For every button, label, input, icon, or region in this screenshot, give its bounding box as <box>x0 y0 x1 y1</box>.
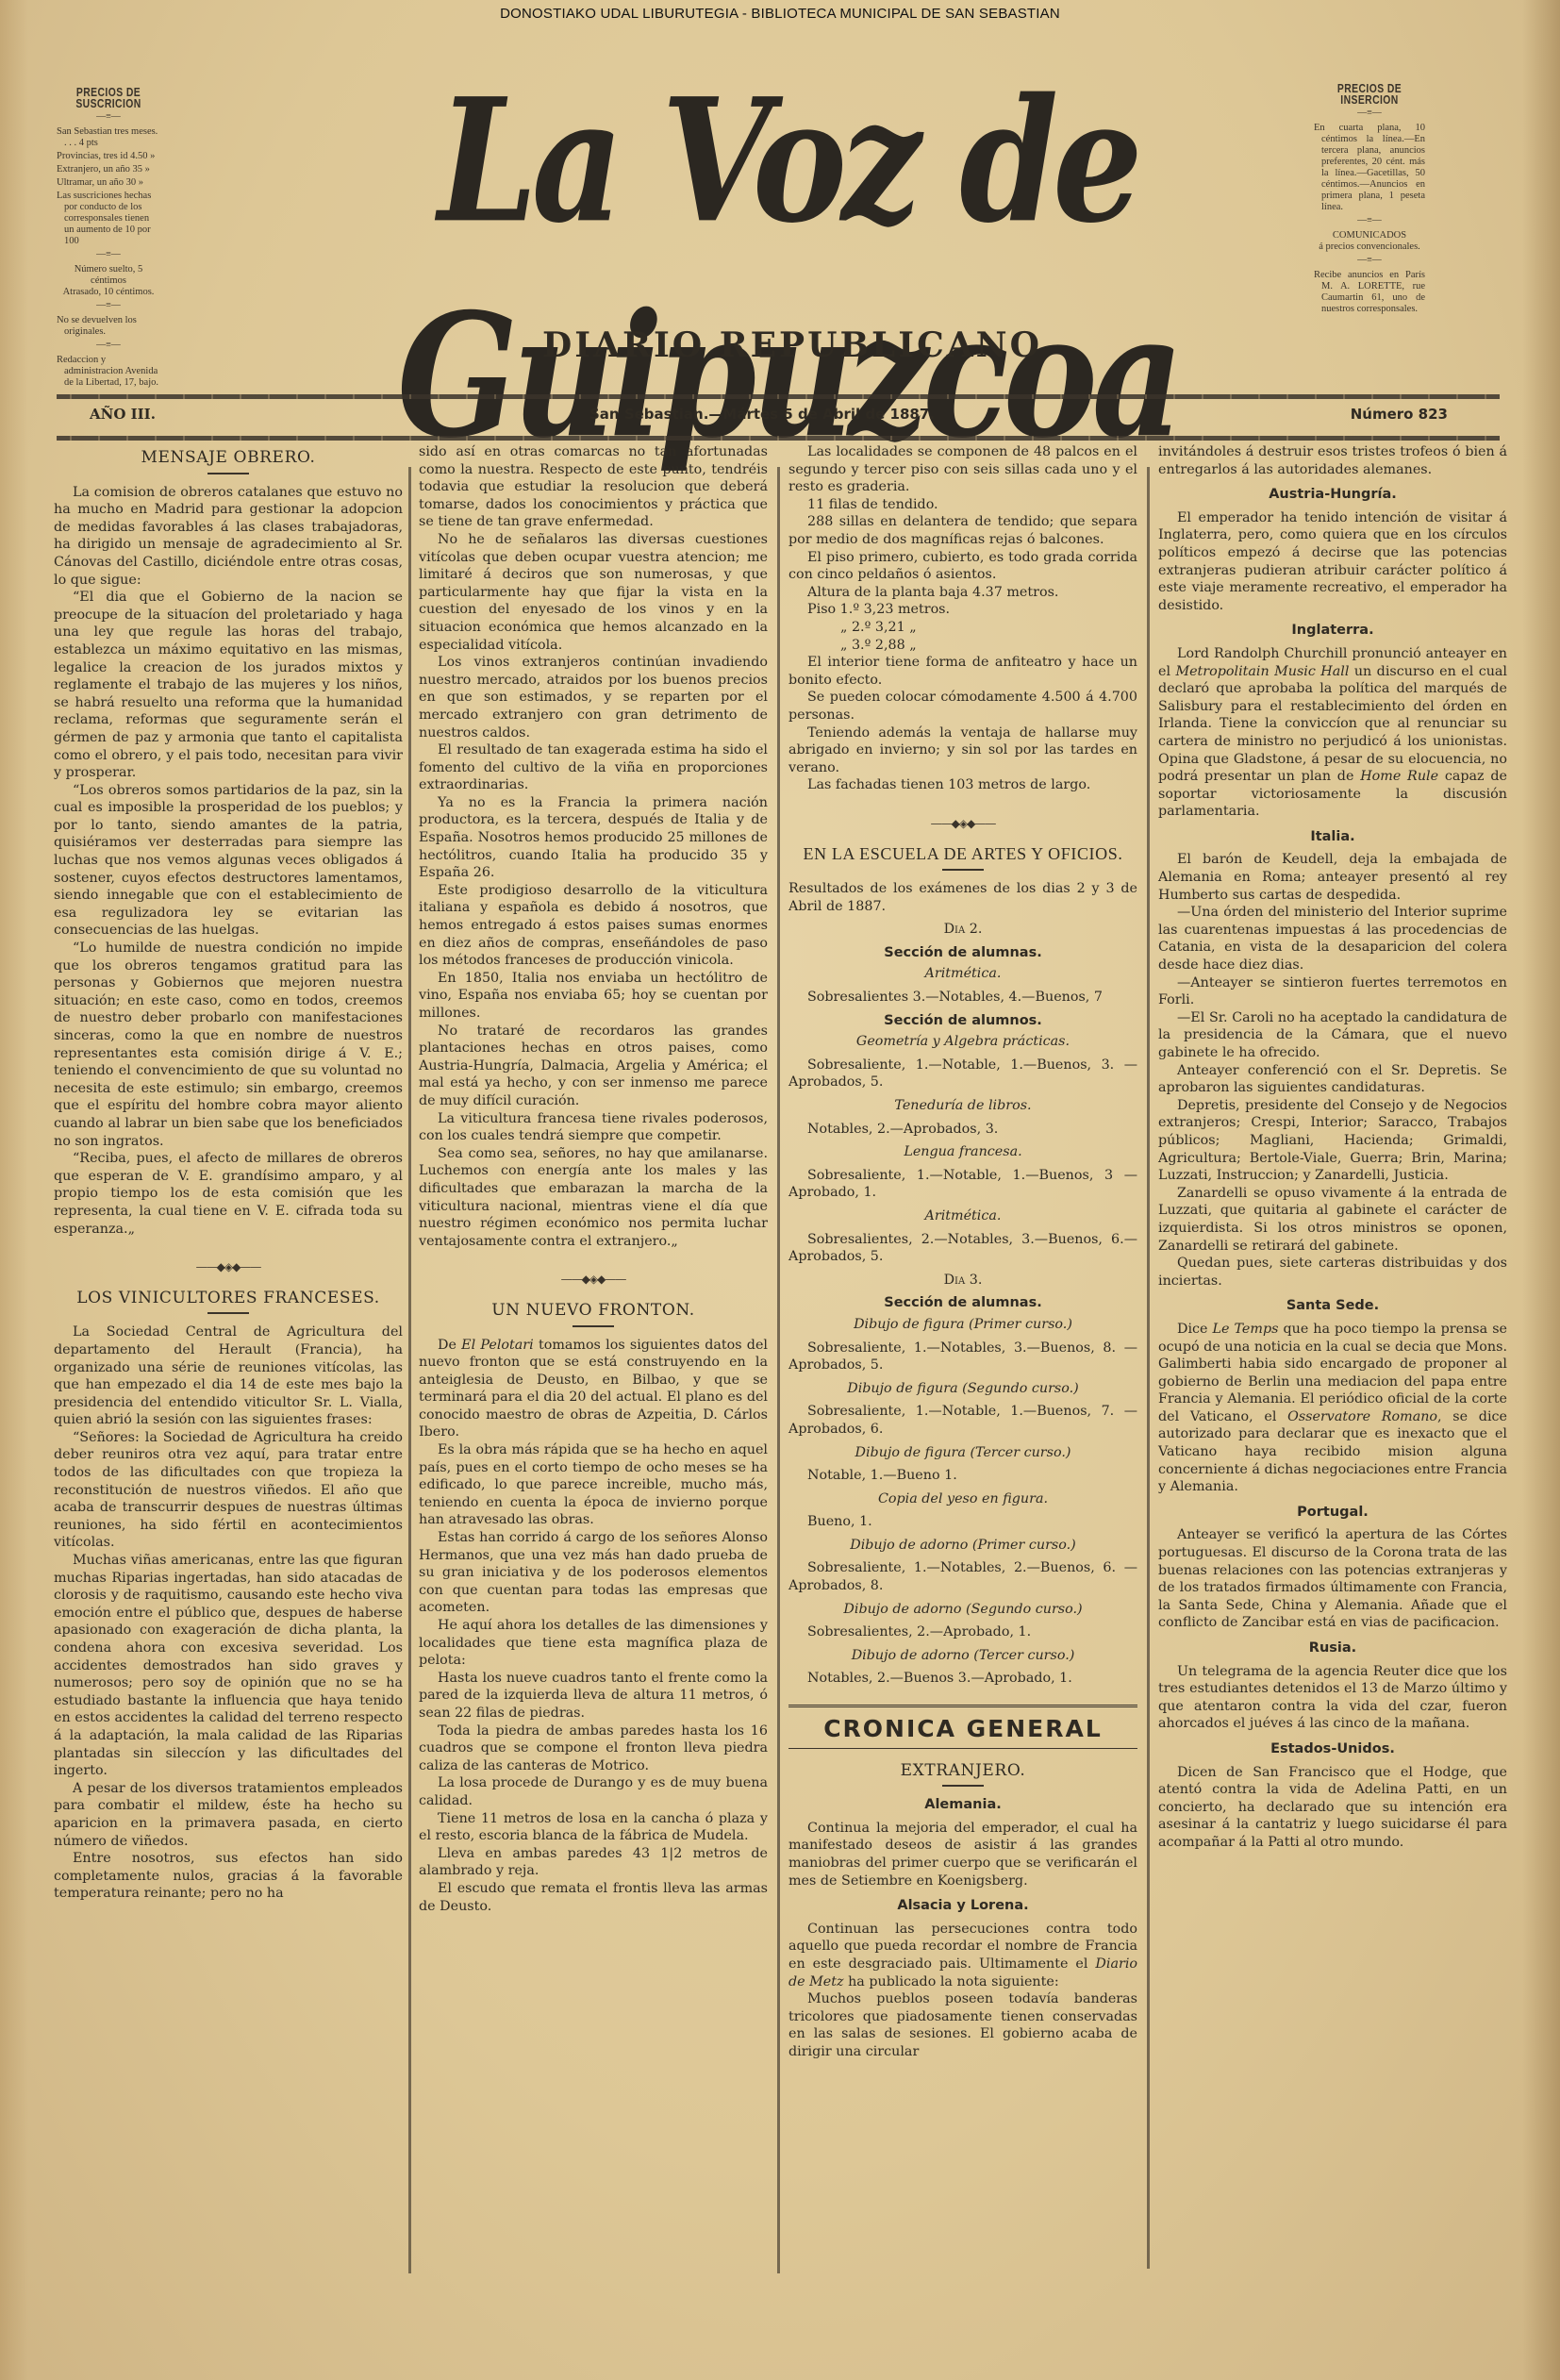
text: un discurso en el cual declaró que aprob… <box>1158 664 1507 785</box>
paragraph: Quedan pues, siete carteras distribuidas… <box>1158 1255 1507 1290</box>
paragraph: Tiene 11 metros de losa en la cancha ó p… <box>419 1810 768 1845</box>
single-issue-price: Número suelto, 5 céntimos <box>57 264 160 287</box>
year-label: AÑO III. <box>90 406 156 423</box>
text: De <box>438 1338 461 1353</box>
paragraph: Anteayer conferenció con el Sr. Depretis… <box>1158 1062 1507 1097</box>
paragraph: La Sociedad Central de Agricultura del d… <box>54 1323 403 1429</box>
paragraph: Se pueden colocar cómodamente 4.500 á 4.… <box>788 689 1137 724</box>
paragraph: Anteayer se verificó la apertura de las … <box>1158 1526 1507 1632</box>
paragraph: Las localidades se componen de 48 palcos… <box>788 443 1137 496</box>
paragraph: Es la obra más rápida que se ha hecho en… <box>419 1441 768 1529</box>
column-rule <box>777 467 780 2273</box>
source-publication: Le Temps <box>1213 1322 1279 1337</box>
paragraph: Las fachadas tienen 103 metros de largo. <box>788 776 1137 794</box>
ornament-divider: ——◆◈◆—— <box>788 815 1137 833</box>
paragraph: Estas han corrido á cargo de los señores… <box>419 1529 768 1617</box>
paragraph: “Reciba, pues, el afecto de millares de … <box>54 1150 403 1238</box>
ornament-divider: ——◆◈◆—— <box>419 1271 768 1289</box>
paragraph: Teniendo además la ventaja de hallarse m… <box>788 724 1137 777</box>
subscription-prices-box: PRECIOS DE SUSCRICION —≡— San Sebastian … <box>57 87 160 391</box>
floor-height: „ 2.º 3,21 „ <box>788 619 1137 637</box>
paragraph: Dice Le Temps que ha poco tiempo la pren… <box>1158 1321 1507 1496</box>
subject: Dibujo de figura (Tercer curso.) <box>788 1444 1137 1462</box>
ornament: —≡— <box>57 300 160 311</box>
paragraph: Dicen de San Francisco que el Hodge, que… <box>1158 1764 1507 1852</box>
paragraph: —Una órden del ministerio del Interior s… <box>1158 904 1507 974</box>
library-banner: DONOSTIAKO UDAL LIBURUTEGIA - BIBLIOTECA… <box>0 6 1560 22</box>
paper-edge-right <box>1522 0 1560 2380</box>
intro: Resultados de los exámenes de los dias 2… <box>788 880 1137 915</box>
exam-result: Bueno, 1. <box>788 1513 1137 1531</box>
insertion-prices-box: PRECIOS DE INSERCION —≡— En cuarta plana… <box>1314 83 1425 317</box>
comunicados-text: á precios convencionales. <box>1314 241 1425 253</box>
paragraph: En 1850, Italia nos enviaba un hectólitr… <box>419 970 768 1023</box>
article-title: EN LA ESCUELA DE ARTES Y OFICIOS. <box>788 845 1137 863</box>
paragraph: —Anteayer se sintieron fuertes terremoto… <box>1158 974 1507 1009</box>
country-heading: Portugal. <box>1158 1504 1507 1522</box>
paragraph: Muchas viñas americanas, entre las que f… <box>54 1552 403 1780</box>
originals-notice: No se devuelven los originales. <box>57 315 160 338</box>
ornament: —≡— <box>1314 108 1425 119</box>
country-heading: Italia. <box>1158 828 1507 846</box>
exam-result: Notable, 1.—Bueno 1. <box>788 1467 1137 1485</box>
country-heading: Alsacia y Lorena. <box>788 1897 1137 1915</box>
article-title: UN NUEVO FRONTON. <box>419 1302 768 1320</box>
dateline: AÑO III. San Sebastian.—Mártes 5 de Abri… <box>57 404 1500 426</box>
masthead-rule-bottom <box>57 436 1500 441</box>
title-rule <box>942 1785 984 1787</box>
country-heading: Santa Sede. <box>1158 1297 1507 1315</box>
section-heading: Sección de alumnas. <box>788 1294 1137 1312</box>
paragraph: Continuan las persecuciones contra todo … <box>788 1921 1137 1990</box>
paragraph: El emperador ha tenido intención de visi… <box>1158 509 1507 615</box>
paragraph: “Los obreros somos partidarios de la paz… <box>54 782 403 940</box>
subsection-title: EXTRANJERO. <box>788 1762 1137 1780</box>
office-address: Redaccion y administracion Avenida de la… <box>57 355 160 389</box>
paragraph: Entre nosotros, sus efectos han sido com… <box>54 1850 403 1903</box>
paragraph: La losa procede de Durango y es de muy b… <box>419 1774 768 1809</box>
venue-name: Metropolitain Music Hall <box>1175 664 1349 679</box>
subject: Dibujo de adorno (Tercer curso.) <box>788 1647 1137 1665</box>
ornament: —≡— <box>1314 255 1425 266</box>
article-vinicultores: LOS VINICULTORES FRANCESES. La Sociedad … <box>54 1290 403 1903</box>
subject: Teneduría de libros. <box>788 1097 1137 1115</box>
paragraph: El piso primero, cubierto, es todo grada… <box>788 549 1137 584</box>
plan-name: Home Rule <box>1360 769 1438 784</box>
text: Continuan las persecuciones contra todo … <box>788 1922 1137 1972</box>
paragraph: Zanardelli se opuso vivamente á la entra… <box>1158 1185 1507 1255</box>
subscription-title: PRECIOS DE SUSCRICION <box>67 87 150 109</box>
paragraph: A pesar de los diversos tratamientos emp… <box>54 1780 403 1850</box>
comunicados-title: COMUNICADOS <box>1314 230 1425 241</box>
paragraph: La viticultura francesa tiene rivales po… <box>419 1110 768 1145</box>
paragraph: Depretis, presidente del Consejo y de Ne… <box>1158 1097 1507 1185</box>
paragraph: Hasta los nueve cuadros tanto el frente … <box>419 1670 768 1723</box>
day-heading: Dia 3. <box>788 1272 1137 1290</box>
paragraph: El resultado de tan exagerada estima ha … <box>419 741 768 794</box>
subject: Dibujo de adorno (Primer curso.) <box>788 1537 1137 1555</box>
subject: Lengua francesa. <box>788 1143 1137 1161</box>
title-rule <box>207 473 249 474</box>
subject: Dibujo de figura (Primer curso.) <box>788 1316 1137 1334</box>
paragraph: El barón de Keudell, deja la embajada de… <box>1158 851 1507 904</box>
country-heading: Alemania. <box>788 1796 1137 1814</box>
paragraph: Sea como sea, señores, no hay que amilan… <box>419 1145 768 1251</box>
paragraph: sido así en otras comarcas no tan afortu… <box>419 443 768 531</box>
section-title: CRONICA GENERAL <box>788 1705 1137 1739</box>
article-mensaje-obrero: MENSAJE OBRERO. La comision de obreros c… <box>54 449 403 1238</box>
paragraph: Ya no es la Francia la primera nación pr… <box>419 794 768 882</box>
paragraph: Lord Randolph Churchill pronunció anteay… <box>1158 645 1507 821</box>
exam-result: Sobresalientes 3.—Notables, 4.—Buenos, 7 <box>788 989 1137 1007</box>
paris-ads: Recibe anuncios en París M. A. LORETTE, … <box>1314 270 1425 315</box>
cronica-general: CRONICA GENERAL EXTRANJERO. Alemania. Co… <box>788 1705 1137 2061</box>
article-nuevo-fronton: UN NUEVO FRONTON. De El Pelotari tomamos… <box>419 1302 768 1915</box>
exam-result: Notables, 2.—Aprobados, 3. <box>788 1121 1137 1139</box>
column-1: MENSAJE OBRERO. La comision de obreros c… <box>54 443 403 1903</box>
exam-result: Notables, 2.—Buenos 3.—Aprobado, 1. <box>788 1670 1137 1688</box>
masthead-rule-top <box>57 394 1500 399</box>
paragraph: “El dia que el Gobierno de la nacion se … <box>54 589 403 782</box>
paragraph: Altura de la planta baja 4.37 metros. <box>788 584 1137 602</box>
issue-number: Número 823 <box>1351 406 1448 423</box>
paragraph: El escudo que remata el frontis lleva la… <box>419 1880 768 1915</box>
paragraph: De El Pelotari tomamos los siguientes da… <box>419 1337 768 1442</box>
ornament: —≡— <box>57 111 160 123</box>
subject: Dibujo de figura (Segundo curso.) <box>788 1380 1137 1398</box>
paragraph: “Lo humilde de nuestra condición no impi… <box>54 940 403 1150</box>
source-publication: Osservatore Romano <box>1287 1409 1437 1424</box>
column-rule <box>1147 467 1150 2269</box>
paragraph: 11 filas de tendido. <box>788 496 1137 514</box>
ornament-divider: ——◆◈◆—— <box>54 1258 403 1276</box>
exam-result: Sobresaliente, 1.—Notables, 2.—Buenos, 6… <box>788 1559 1137 1594</box>
title-rule <box>942 869 984 871</box>
paragraph: Lleva en ambas paredes 43 1|2 metros de … <box>419 1845 768 1880</box>
paragraph: He aquí ahora los detalles de las dimens… <box>419 1617 768 1670</box>
exam-result: Sobresaliente, 1.—Notable, 1.—Buenos, 3.… <box>788 1057 1137 1091</box>
exam-result: Sobresaliente, 1.—Notable, 1.—Buenos, 7.… <box>788 1403 1137 1438</box>
floor-height: „ 3.º 2,88 „ <box>788 637 1137 655</box>
article-title: MENSAJE OBRERO. <box>54 449 403 467</box>
column-4: invitándoles á destruir esos tristes tro… <box>1158 443 1507 1852</box>
paragraph: Continua la mejoria del emperador, el cu… <box>788 1820 1137 1889</box>
issue-date: San Sebastian.—Mártes 5 de Abril de 1887… <box>589 406 935 423</box>
article-title: LOS VINICULTORES FRANCESES. <box>54 1290 403 1307</box>
insertion-title: PRECIOS DE INSERCION <box>1325 83 1414 106</box>
text: ha publicado la nota siguiente: <box>844 1974 1059 1989</box>
title-rule <box>207 1312 249 1314</box>
section-heading: Sección de alumnas. <box>788 944 1137 962</box>
price-line: Las suscriciones hechas por conducto de … <box>57 191 160 247</box>
paragraph: No trataré de recordaros las grandes pla… <box>419 1023 768 1110</box>
day-heading: Dia 2. <box>788 921 1137 939</box>
paragraph: —El Sr. Caroli no ha aceptado la candida… <box>1158 1009 1507 1062</box>
paragraph: “Señores: la Sociedad de Agricultura ha … <box>54 1429 403 1552</box>
paper-edge-left <box>0 0 28 2380</box>
country-heading: Rusia. <box>1158 1639 1507 1657</box>
price-line: Extranjero, un año 35 » <box>57 164 160 175</box>
price-line: Ultramar, un año 30 » <box>57 177 160 189</box>
newspaper-page: DONOSTIAKO UDAL LIBURUTEGIA - BIBLIOTECA… <box>0 0 1560 2380</box>
column-2: sido así en otras comarcas no tan afortu… <box>419 443 768 1915</box>
price-line: Provincias, tres id 4.50 » <box>57 151 160 162</box>
paragraph: Un telegrama de la agencia Reuter dice q… <box>1158 1663 1507 1733</box>
paragraph: La comision de obreros catalanes que est… <box>54 484 403 590</box>
paragraph: El interior tiene forma de anfiteatro y … <box>788 654 1137 689</box>
paragraph: 288 sillas en delantera de tendido; que … <box>788 513 1137 548</box>
country-heading: Estados-Unidos. <box>1158 1740 1507 1758</box>
floor-height: Piso 1.º 3,23 metros. <box>788 601 1137 619</box>
subject: Geometría y Algebra prácticas. <box>788 1033 1137 1051</box>
paragraph: invitándoles á destruir esos tristes tro… <box>1158 443 1507 478</box>
column-rule <box>408 467 411 2273</box>
section-heading: Sección de alumnos. <box>788 1012 1137 1030</box>
source-publication: El Pelotari <box>461 1338 534 1353</box>
text: Dice <box>1177 1322 1213 1337</box>
paragraph: Muchos pueblos poseen todavía banderas t… <box>788 1990 1137 2060</box>
subject: Aritmética. <box>788 965 1137 983</box>
newspaper-subtitle: DIARIO REPUBLICANO <box>528 325 1056 365</box>
subject: Aritmética. <box>788 1207 1137 1225</box>
paragraph: Los vinos extranjeros continúan invadien… <box>419 654 768 741</box>
paragraph: Toda la piedra de ambas paredes hasta lo… <box>419 1723 768 1775</box>
exam-result: Sobresaliente, 1.—Notables, 3.—Buenos, 8… <box>788 1340 1137 1374</box>
title-rule <box>573 1325 614 1327</box>
paragraph: Este prodigioso desarrollo de la viticul… <box>419 882 768 970</box>
section-rule <box>788 1748 1137 1749</box>
insertion-rates: En cuarta plana, 10 céntimos la línea.—E… <box>1314 123 1425 213</box>
ornament: —≡— <box>57 249 160 260</box>
article-escuela-artes-oficios: EN LA ESCUELA DE ARTES Y OFICIOS. Result… <box>788 845 1137 1688</box>
exam-result: Sobresalientes, 2.—Aprobado, 1. <box>788 1623 1137 1641</box>
paragraph: No he de señalaros las diversas cuestion… <box>419 531 768 654</box>
ornament: —≡— <box>57 340 160 351</box>
price-line: San Sebastian tres meses. . . . 4 pts <box>57 126 160 149</box>
exam-result: Sobresalientes, 2.—Notables, 3.—Buenos, … <box>788 1231 1137 1266</box>
back-issue-price: Atrasado, 10 céntimos. <box>57 287 160 298</box>
column-3: Las localidades se componen de 48 palcos… <box>788 443 1137 2061</box>
subject: Copia del yeso en figura. <box>788 1490 1137 1508</box>
ornament: —≡— <box>1314 215 1425 226</box>
subject: Dibujo de adorno (Segundo curso.) <box>788 1601 1137 1619</box>
exam-result: Sobresaliente, 1.—Notable, 1.—Buenos, 3 … <box>788 1167 1137 1202</box>
country-heading: Inglaterra. <box>1158 622 1507 640</box>
country-heading: Austria-Hungría. <box>1158 486 1507 504</box>
